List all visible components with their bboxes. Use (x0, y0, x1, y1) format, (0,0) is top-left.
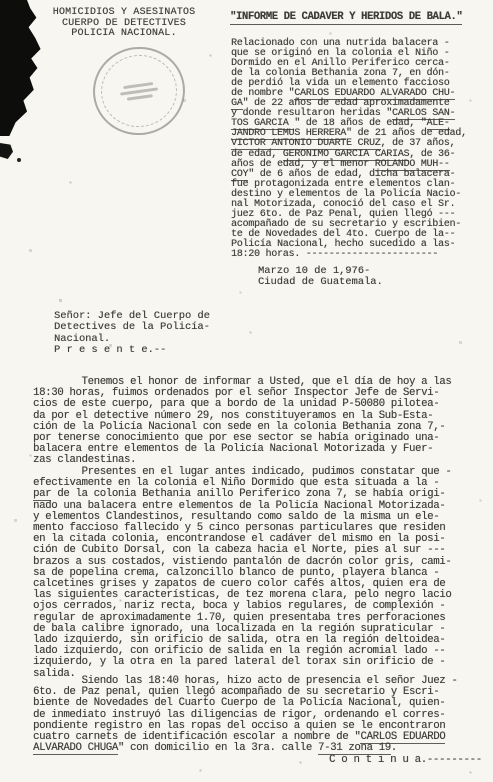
addressee-block: Señor: Jefe del Cuerpo deDetectives de l… (54, 311, 210, 357)
text-line: biente de Novedades del Cuarto Cuerpo de… (33, 698, 493, 709)
text-line: ción de Cubito Dorsal, con la cabeza hac… (33, 545, 493, 556)
continuation-note: C o n t i n u a.--------- (329, 754, 482, 766)
stamp-inner-ring (96, 50, 181, 132)
scan-noise-specks (0, 0, 1, 1)
body-paragraph-2: Presentes en el lugar antes indicado, pu… (33, 467, 493, 680)
text-line: cios de este cuerpo, para que a bordo de… (33, 399, 493, 410)
date-block: Marzo 10 de 1,976-Ciudad de Guatemala. (258, 266, 383, 289)
text-line: 18:20 horas. ----------------------- (231, 250, 493, 260)
text-line: VICTOR ANTONIO DUARTE CRUZ, de 37 años, (231, 139, 493, 149)
letterhead: HOMICIDIOS Y ASESINATOSCUERPO DE DETECTI… (28, 8, 220, 40)
text-line: zas clandestinas. (33, 455, 493, 466)
text-line: P r e s e n t e.-- (54, 345, 210, 356)
scan-artifact-blob-small (0, 143, 13, 159)
scanned-document-page: HOMICIDIOS Y ASESINATOSCUERPO DE DETECTI… (0, 0, 493, 782)
body-paragraph-3: Siendo las 18:40 horas, hizo acto de pre… (33, 676, 493, 754)
text-line: par de la colonia Bethania anillo Perife… (33, 489, 493, 500)
underlined-text: ALVARADO CHUGA (33, 742, 118, 755)
text-line: ojos cerrados, nariz recta, boca y labio… (33, 601, 493, 612)
text-line: HOMICIDIOS Y ASESINATOS (28, 8, 220, 19)
text-line: Ciudad de Guatemala. (258, 277, 383, 288)
text-line: izquierdo, y la otra en la pared lateral… (33, 657, 493, 668)
body-paragraph-1: Tenemos el honor de informar a Usted, qu… (33, 377, 493, 467)
scan-artifact-dot (17, 158, 21, 162)
intro-paragraph: Relacionado con una nutrida balacera -qu… (231, 39, 493, 260)
report-title: "INFORME DE CADAVER Y HERIDOS DE BALA." (230, 11, 462, 25)
report-title-text: "INFORME DE CADAVER Y HERIDOS DE BALA." (230, 11, 462, 25)
text-line: ALVARADO CHUGA" con domicilio en la 3ra.… (33, 743, 493, 754)
text-line: POLICIA NACIONAL. (28, 29, 220, 40)
rubber-seal-stamp-icon (87, 41, 190, 141)
